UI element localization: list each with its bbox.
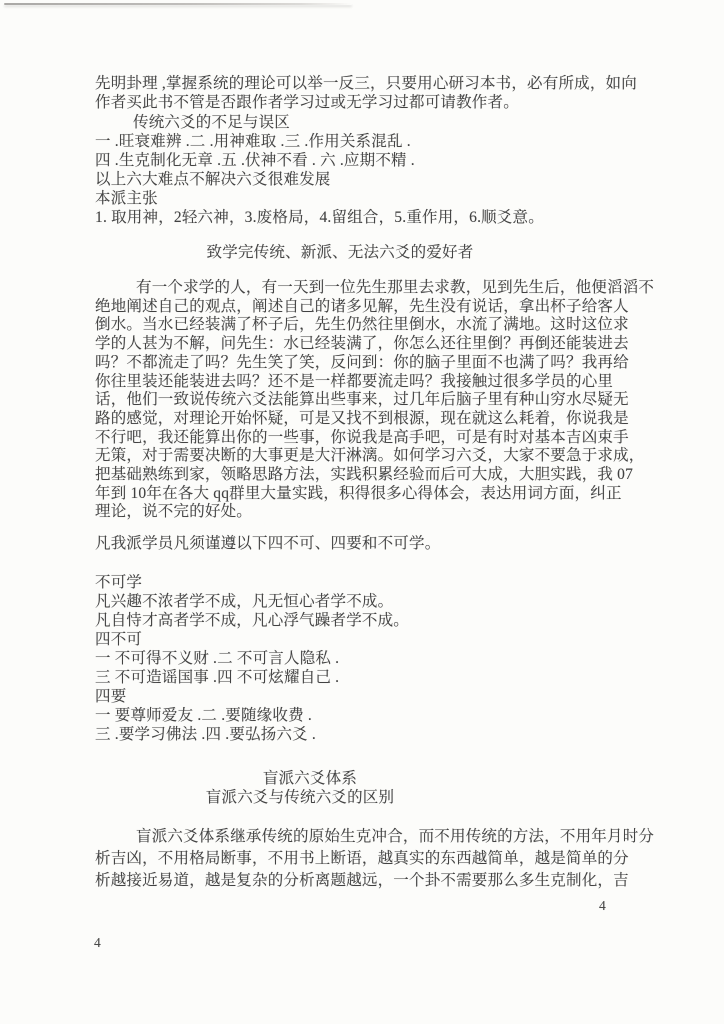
shortcomings-section: 传统六爻的不足与误区 一 .旺衰难辨 .二 .用神难取 .三 .作用关系混乱 .… xyxy=(95,113,655,227)
text-line: 析吉凶，不用格局断事，不用书上断语，越真实的东西越简单，越是简单的分 xyxy=(95,848,655,870)
rules-subtitle: 四不可 xyxy=(95,630,655,649)
system-heading-1: 盲派六爻体系 xyxy=(30,769,590,788)
scanned-document-page: 先明卦理 ,掌握系统的理论可以举一反三，只要用心研习本书，必有所成，如向 作者买… xyxy=(0,0,724,1024)
text-line: 吗？不都流走了吗？先生笑了笑，反问到：你的脑子里面不也满了吗？我再给 xyxy=(95,354,655,373)
text-line: 盲派六爻体系继承传统的原始生克冲合，而不用传统的方法，不用年月时分 xyxy=(95,826,655,848)
text-line: 路的感觉，对理论开始怀疑，可是又找不到根源，现在就这么耗着，你说我是 xyxy=(95,410,655,429)
letter-heading: 致学完传统、新派、无法六爻的爱好者 xyxy=(60,243,620,262)
text-line: 凡我派学员凡须谨遵以下四不可、四要和不可学。 xyxy=(95,534,655,553)
text-line: 凡兴趣不浓者学不成，凡无恒心者学不成。 xyxy=(95,592,655,611)
scan-edge-artifact xyxy=(4,3,352,5)
text-line: 凡自恃才高者学不成，凡心浮气躁者学不成。 xyxy=(95,611,655,630)
text-line: 先明卦理 ,掌握系统的理论可以举一反三，只要用心研习本书，必有所成，如向 xyxy=(95,74,655,93)
text-line: 无策，对于需要决断的大事更是大汗淋漓。如何学习六爻，大家不要急于求成， xyxy=(95,447,655,466)
system-paragraph: 盲派六爻体系继承传统的原始生克冲合，而不用传统的方法，不用年月时分 析吉凶，不用… xyxy=(95,826,655,892)
text-line: 一 不可得不义财 .二 不可言人隐私 . xyxy=(95,649,655,668)
section-title: 致学完传统、新派、无法六爻的爱好者 xyxy=(60,243,620,262)
text-line: 话，他们一致说传统六爻法能算出些事来，过几年后脑子里有种山穷水尽疑无 xyxy=(95,391,655,410)
text-line: 年到 10年在各大 qq群里大量实践，积得很多心得体会，表达用词方面，纠正 xyxy=(95,485,655,504)
section-subtitle: 传统六爻的不足与误区 xyxy=(95,113,655,132)
text-line: 有一个求学的人，有一天到一位先生那里去求教，见到先生后，他便滔滔不 xyxy=(95,279,655,298)
section-title: 盲派六爻体系 xyxy=(30,769,590,788)
text-line: 三 不可造谣国事 .四 不可炫耀自己 . xyxy=(95,668,655,687)
text-line: 析越接近易道，越是复杂的分析离题越远，一个卦不需要那么多生克制化，吉 xyxy=(95,870,655,892)
rules-subtitle: 四要 xyxy=(95,687,655,706)
text-line: 一 .旺衰难辨 .二 .用神难取 .三 .作用关系混乱 . xyxy=(95,132,655,151)
text-line: 你往里装还能装进去吗？还不是一样都要流走吗？我接触过很多学员的心里 xyxy=(95,373,655,392)
text-line: 以上六大难点不解决六爻很难发展 xyxy=(95,170,655,189)
text-line: 作者买此书不管是否跟作者学习过或无学习过都可请教作者。 xyxy=(95,93,655,112)
text-line: 1. 取用神，2轻六神，3.废格局，4.留组合，5.重作用，6.顺爻意。 xyxy=(95,208,655,227)
section-title: 盲派六爻与传统六爻的区别 xyxy=(20,788,580,807)
text-line: 三 .要学习佛法 .四 .要弘扬六爻 . xyxy=(95,725,655,744)
text-line: 本派主张 xyxy=(95,189,655,208)
text-line: 学的人甚为不解，问先生：水已经装满了，你怎么还往里倒？再倒还能装进去 xyxy=(95,335,655,354)
page-number-printed: 4 xyxy=(599,898,606,914)
letter-paragraph: 有一个求学的人，有一天到一位先生那里去求教，见到先生后，他便滔滔不 绝地阐述自己… xyxy=(95,279,655,522)
text-line: 把基础熟练到家，领略思路方法，实践积累经验而后可大成，大胆实践，我 07 xyxy=(95,466,655,485)
pledge-intro: 凡我派学员凡须谨遵以下四不可、四要和不可学。 xyxy=(95,534,655,553)
text-line: 一 要尊师爱友 .二 .要随缘收费 . xyxy=(95,706,655,725)
rules-section: 不可学 凡兴趣不浓者学不成，凡无恒心者学不成。 凡自恃才高者学不成，凡心浮气躁者… xyxy=(95,573,655,744)
text-line: 倒水。当水已经装满了杯子后，先生仍然往里倒水，水流了满地。这时这位求 xyxy=(95,316,655,335)
system-heading-2: 盲派六爻与传统六爻的区别 xyxy=(20,788,580,807)
text-line: 四 .生克制化无章 .五 .伏神不看 . 六 .应期不精 . xyxy=(95,151,655,170)
text-line: 理论，说不完的好处。 xyxy=(95,503,655,522)
text-line: 绝地阐述自己的观点，阐述自己的诸多见解，先生没有说话，拿出杯子给客人 xyxy=(95,298,655,317)
page-number-handstamp: 4 xyxy=(94,935,101,951)
intro-paragraph: 先明卦理 ,掌握系统的理论可以举一反三，只要用心研习本书，必有所成，如向 作者买… xyxy=(95,74,655,112)
rules-subtitle: 不可学 xyxy=(95,573,655,592)
text-line: 不行吧，我还能算出你的一些事，你说我是高手吧，可是有时对基本吉凶束手 xyxy=(95,429,655,448)
